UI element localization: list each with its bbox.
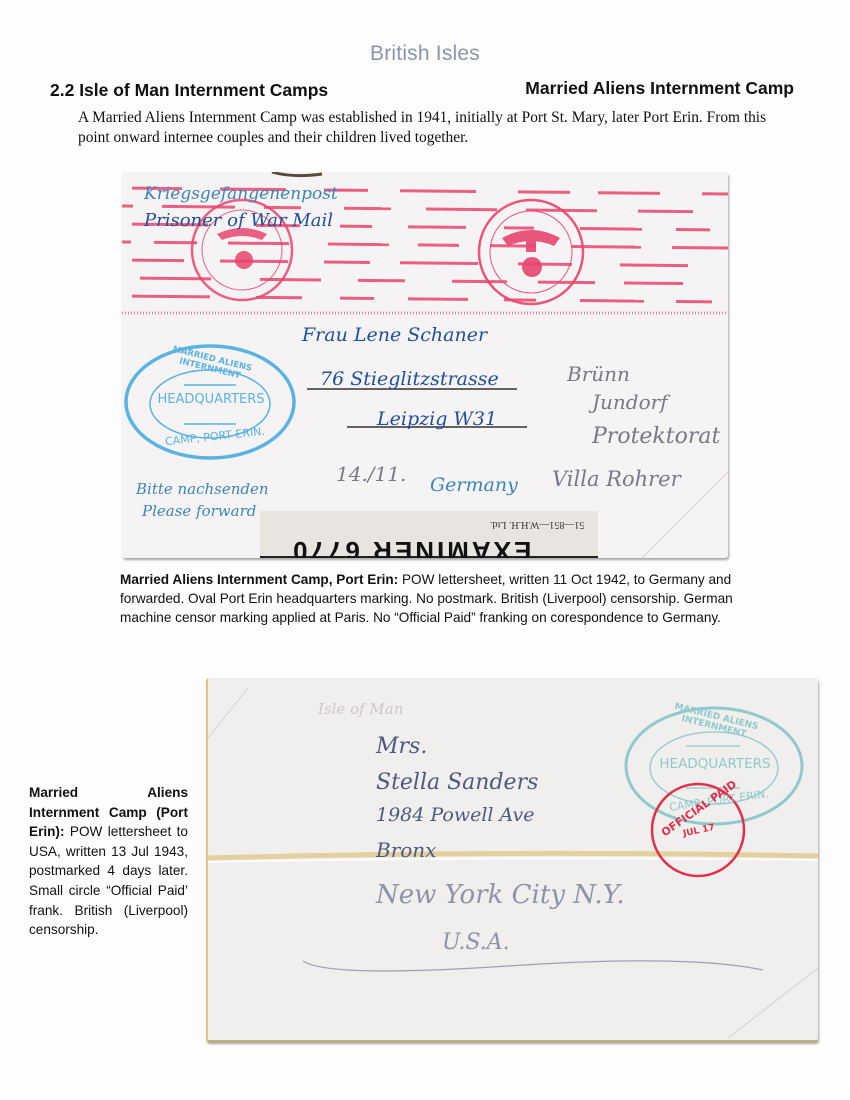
- address-line-3: 1984 Powell Ave: [376, 804, 534, 826]
- addressee-city: Leipzig W31: [377, 408, 497, 430]
- address-line-6: U.S.A.: [442, 930, 510, 955]
- page-heading: 2.2 Isle of Man Internment Camps: [50, 80, 328, 101]
- address-line-5: New York City N.Y.: [376, 880, 625, 910]
- section-title: British Isles: [0, 42, 850, 66]
- camp-stamp-center-text: HEADQUARTERS: [152, 392, 270, 407]
- forward-note-english: Please forward: [142, 502, 256, 520]
- caption-2-body: POW lettersheet to USA, written 13 Jul 1…: [29, 824, 188, 937]
- addressee-street: 76 Stieglitzstrasse: [320, 368, 499, 390]
- cover-image-usa: Isle of Man MARRIED ALIENS INTERNMENT HE…: [206, 678, 818, 1042]
- address-line-2: Stella Sanders: [376, 770, 538, 795]
- camp-stamp-2-center-text: HEADQUARTERS: [650, 756, 780, 772]
- address-line-1: Mrs.: [376, 734, 427, 759]
- redirect-line-2: Jundorf: [592, 390, 668, 414]
- redirect-line-3: Protektorat: [592, 424, 720, 449]
- handwritten-date: 14./11.: [336, 462, 406, 486]
- sub-heading: Married Aliens Internment Camp: [525, 78, 794, 99]
- intro-paragraph: A Married Aliens Internment Camp was est…: [78, 108, 798, 148]
- redirect-line-4: Villa Rohrer: [552, 467, 681, 491]
- addressee-country: Germany: [430, 474, 518, 496]
- caption-item-2: Married Aliens Internment Camp (Port Eri…: [29, 783, 188, 940]
- faint-header-text: Isle of Man: [318, 700, 403, 718]
- caption-1-title: Married Aliens Internment Camp, Port Eri…: [120, 572, 398, 587]
- caption-item-1: Married Aliens Internment Camp, Port Eri…: [120, 570, 740, 627]
- censor-examiner-label: 51—851—W.H.H. Ltd. EXAMINER 6770: [260, 511, 598, 558]
- cover-image-germany: Kriegsgefangenenpost Prisoner of War Mai…: [122, 172, 728, 558]
- forward-note-german: Bitte nachsenden: [136, 480, 269, 498]
- german-censor-stamp-right: [479, 200, 583, 304]
- address-line-4: Bronx: [376, 838, 436, 862]
- label-print-code: 51—851—W.H.H. Ltd.: [490, 519, 584, 530]
- handwritten-kgf-header: Kriegsgefangenenpost: [144, 184, 338, 204]
- handwritten-pow-mail: Prisoner of War Mail: [144, 210, 333, 231]
- examiner-number: EXAMINER 6770: [290, 535, 531, 558]
- addressee-name: Frau Lene Schaner: [302, 324, 487, 346]
- redirect-line-1: Brünn: [567, 362, 630, 386]
